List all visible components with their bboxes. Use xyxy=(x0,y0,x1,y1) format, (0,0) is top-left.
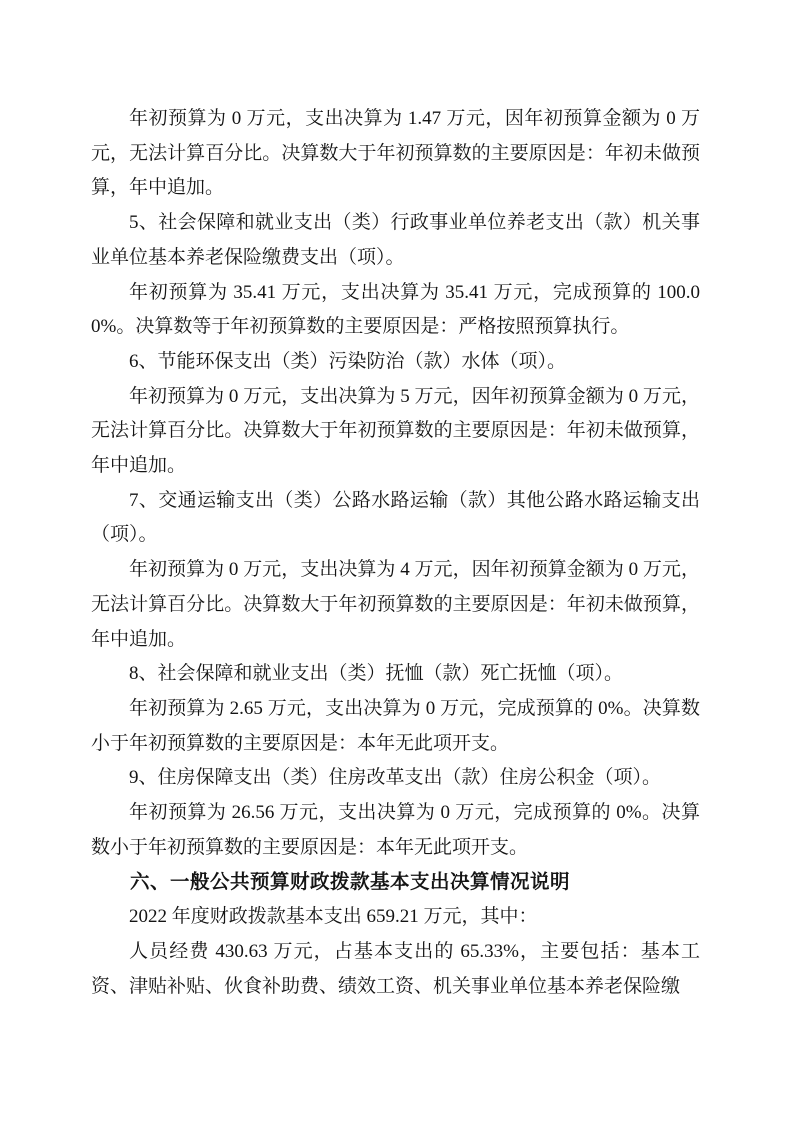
paragraph-item-7-note: 年初预算为 0 万元，支出决算为 4 万元，因年初预算金额为 0 万元，无法计算… xyxy=(91,553,700,657)
section-heading-6: 六、一般公共预算财政拨款基本支出决算情况说明 xyxy=(91,865,700,900)
paragraph-personnel-expense: 人员经费 430.63 万元，占基本支出的 65.33%，主要包括：基本工资、津… xyxy=(91,935,700,1004)
document-page: 年初预算为 0 万元，支出决算为 1.47 万元，因年初预算金额为 0 万元，无… xyxy=(0,0,793,1122)
paragraph-item-7-title: 7、交通运输支出（类）公路水路运输（款）其他公路水路运输支出（项）。 xyxy=(91,484,700,553)
paragraph-item-5-title: 5、社会保障和就业支出（类）行政事业单位养老支出（款）机关事业单位基本养老保险缴… xyxy=(91,206,700,275)
paragraph-item-8-title: 8、社会保障和就业支出（类）抚恤（款）死亡抚恤（项）。 xyxy=(91,657,700,692)
paragraph-item-9-note: 年初预算为 26.56 万元，支出决算为 0 万元，完成预算的 0%。决算数小于… xyxy=(91,796,700,865)
paragraph-item-6-title: 6、节能环保支出（类）污染防治（款）水体（项）。 xyxy=(91,345,700,380)
paragraph-item-6-note: 年初预算为 0 万元，支出决算为 5 万元，因年初预算金额为 0 万元，无法计算… xyxy=(91,380,700,484)
paragraph-item-5-note: 年初预算为 35.41 万元，支出决算为 35.41 万元，完成预算的 100.… xyxy=(91,276,700,345)
paragraph-basic-expenditure-total: 2022 年度财政拨款基本支出 659.21 万元，其中： xyxy=(91,900,700,935)
paragraph-item-8-note: 年初预算为 2.65 万元，支出决算为 0 万元，完成预算的 0%。决算数小于年… xyxy=(91,692,700,761)
paragraph-item-9-title: 9、住房保障支出（类）住房改革支出（款）住房公积金（项）。 xyxy=(91,761,700,796)
paragraph-budget-note-4: 年初预算为 0 万元，支出决算为 1.47 万元，因年初预算金额为 0 万元，无… xyxy=(91,102,700,206)
